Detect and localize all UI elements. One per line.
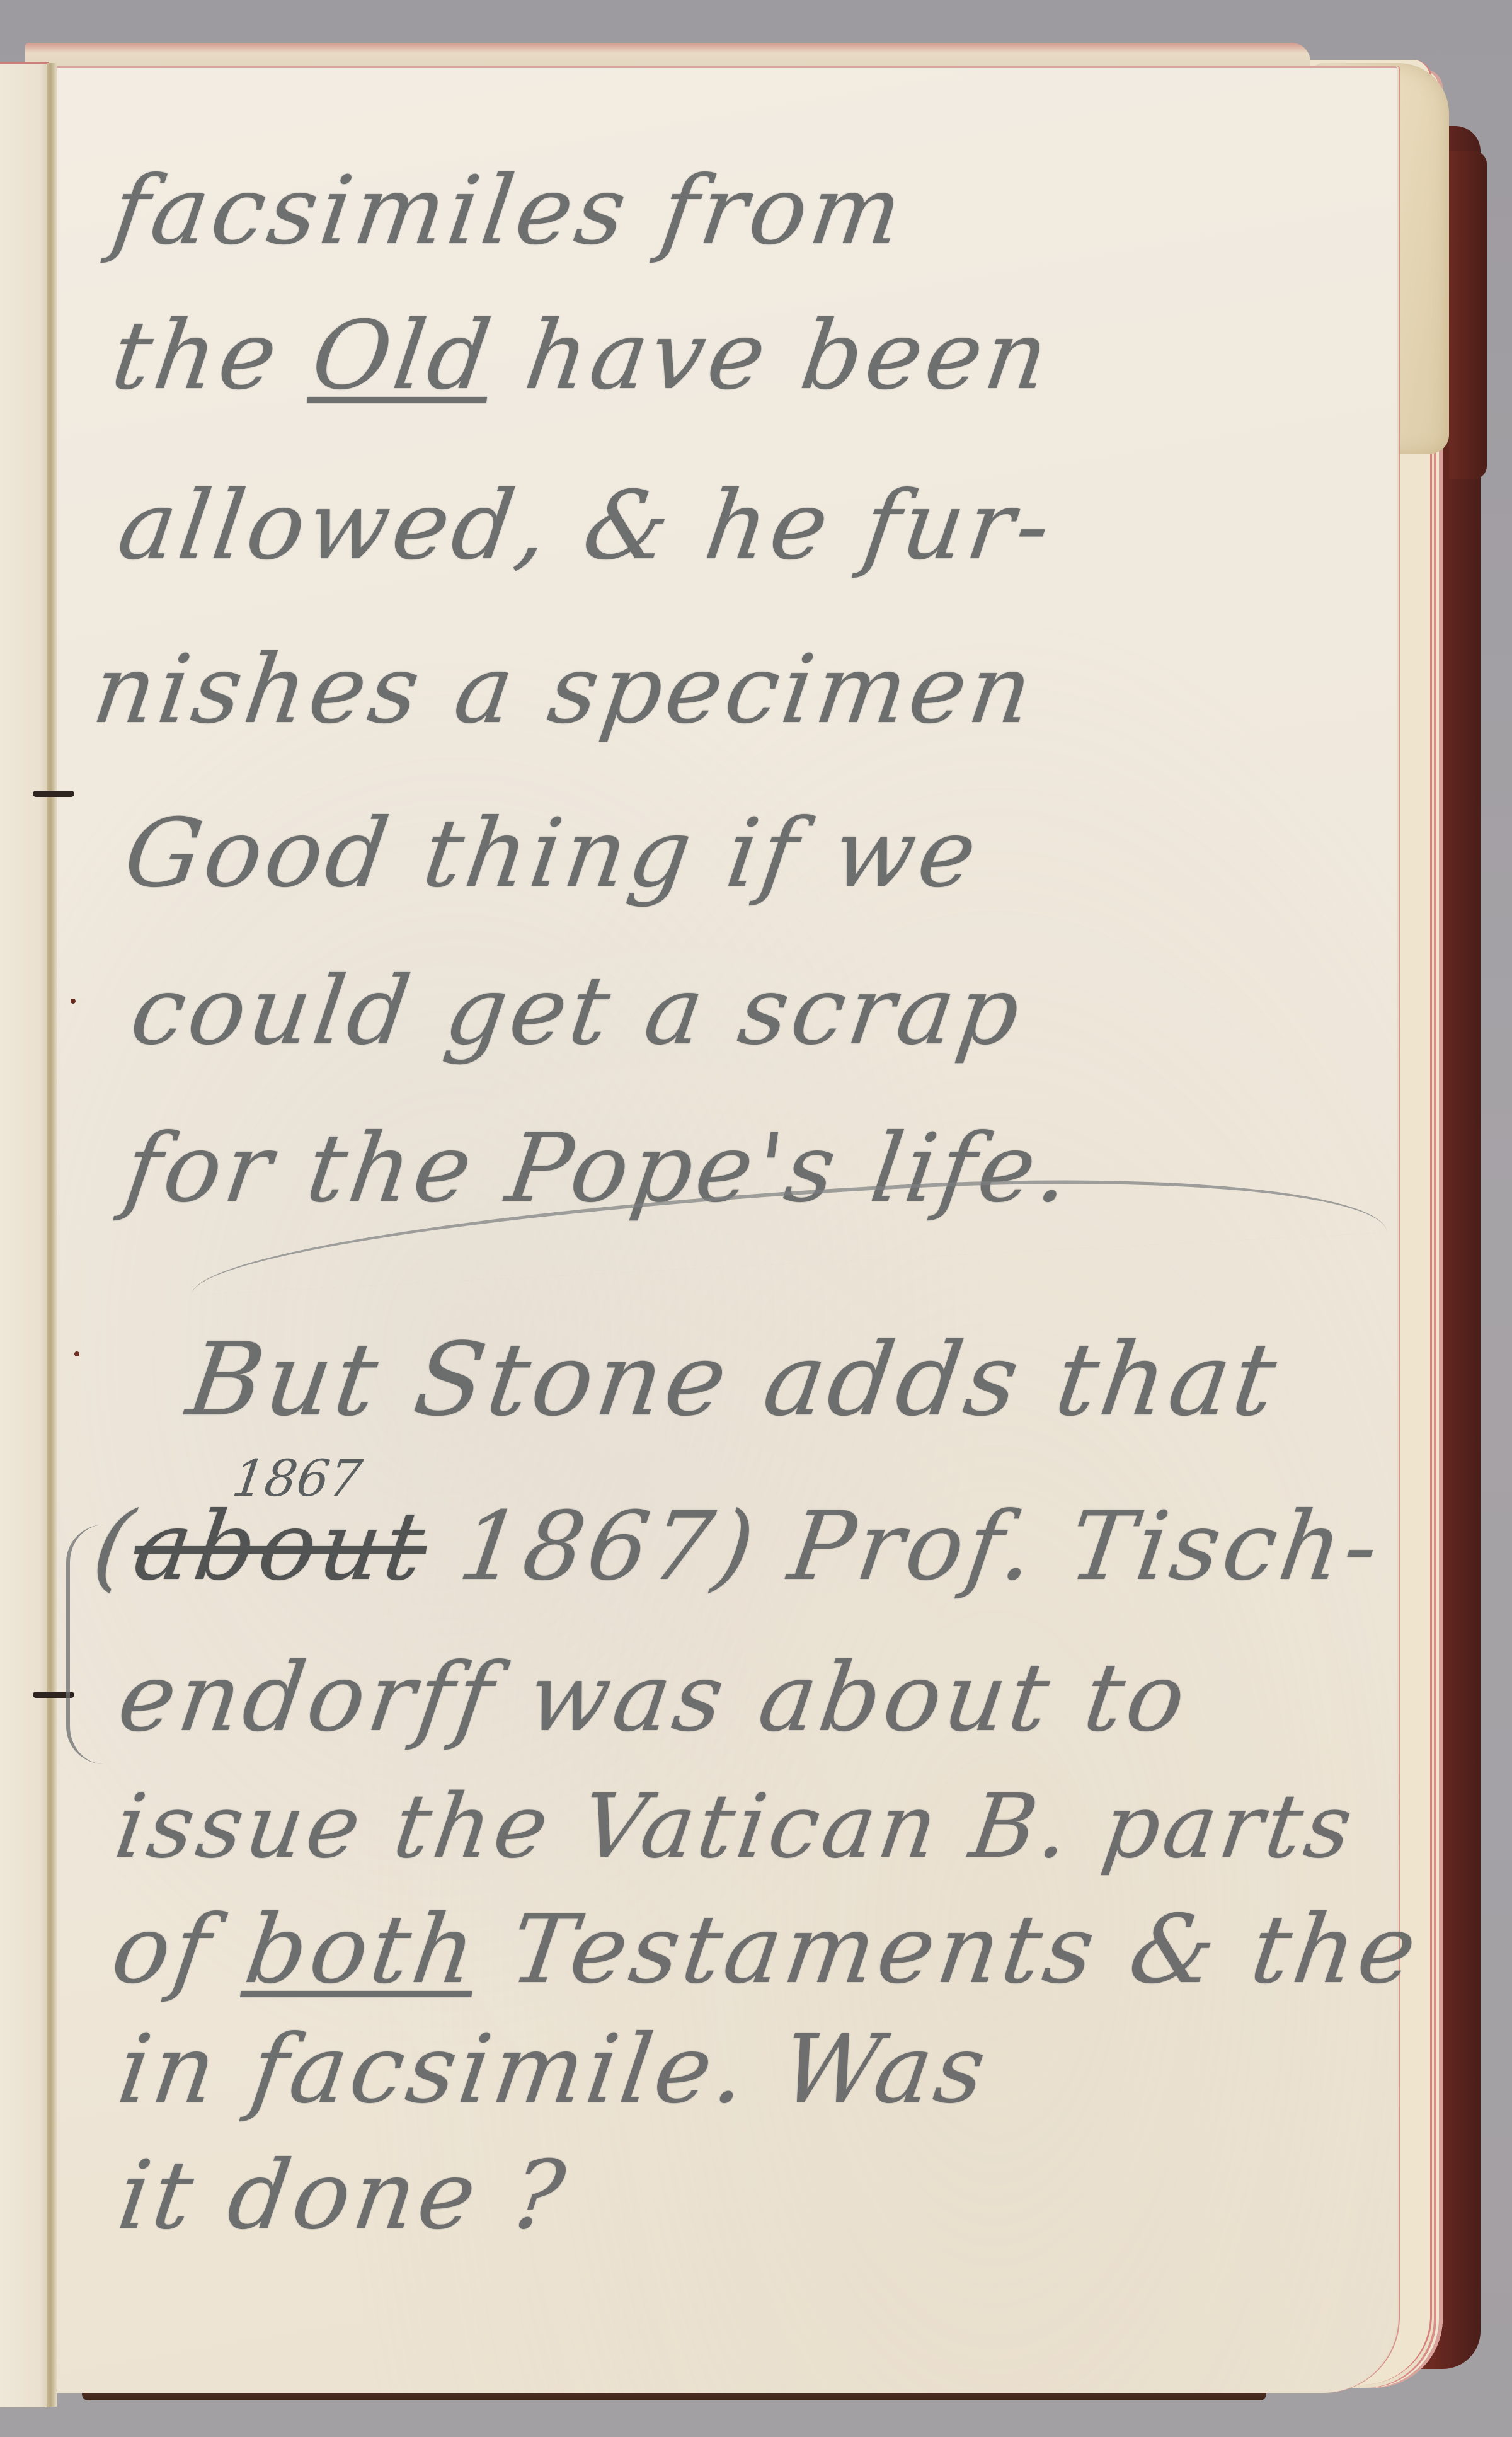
line-text: it done ? <box>112 2141 575 2251</box>
handwriting-line-12: of both Testaments & the <box>106 1903 1425 1997</box>
handwriting-line-8: But Stone adds that <box>182 1329 1285 1430</box>
margin-spot <box>71 999 76 1004</box>
line-text: nishes a specimen <box>87 635 1043 745</box>
handwriting-line-14: it done ? <box>113 2148 573 2243</box>
handwriting-line-11: issue the Vatican B. parts <box>110 1783 1361 1871</box>
line-text: endorff was about to <box>112 1643 1196 1753</box>
line-text: facsimiles from <box>106 156 912 266</box>
line-text: have been <box>485 301 1058 411</box>
facing-page-edge <box>0 62 49 2407</box>
line-text: of <box>106 1895 255 2005</box>
handwriting-line-10: endorff was about to <box>113 1651 1194 1745</box>
line-text: 1867) Prof. Tisch- <box>419 1492 1389 1602</box>
line-text: Good thing if we <box>118 799 987 909</box>
line-text: could get a scrap <box>125 956 1030 1066</box>
line-text: But Stone adds that <box>181 1321 1286 1438</box>
handwriting-line-6: could get a scrap <box>125 964 1029 1058</box>
margin-spot <box>74 1351 79 1356</box>
page-stack-top-edge <box>25 43 1310 68</box>
handwriting-line-9: (about 1867) Prof. Tisch- <box>88 1499 1387 1594</box>
line-text: issue the Vatican B. parts <box>110 1775 1362 1878</box>
underlined-word: Old <box>306 301 500 411</box>
handwriting-line-3: allowed, & he fur- <box>113 479 1059 573</box>
line-text: the <box>106 301 321 411</box>
line-text: Testaments & the <box>471 1895 1426 2005</box>
underlined-word: both <box>239 1895 486 2005</box>
handwriting-line-1: facsimiles from <box>106 164 910 258</box>
handwriting-line-4: nishes a specimen <box>88 643 1041 737</box>
binding-gutter <box>47 63 57 2407</box>
leather-cover-tab <box>1449 151 1487 479</box>
line-text: in facsimile. Was <box>112 2015 995 2124</box>
handwriting-line-5: Good thing if we <box>119 806 985 901</box>
line-text: allowed, & he fur- <box>112 471 1060 581</box>
binding-stitch-icon <box>33 791 74 797</box>
handwriting-line-13: in facsimile. Was <box>113 2022 994 2117</box>
struck-word: about <box>127 1492 434 1602</box>
handwriting-line-2: the Old have been <box>106 309 1057 403</box>
